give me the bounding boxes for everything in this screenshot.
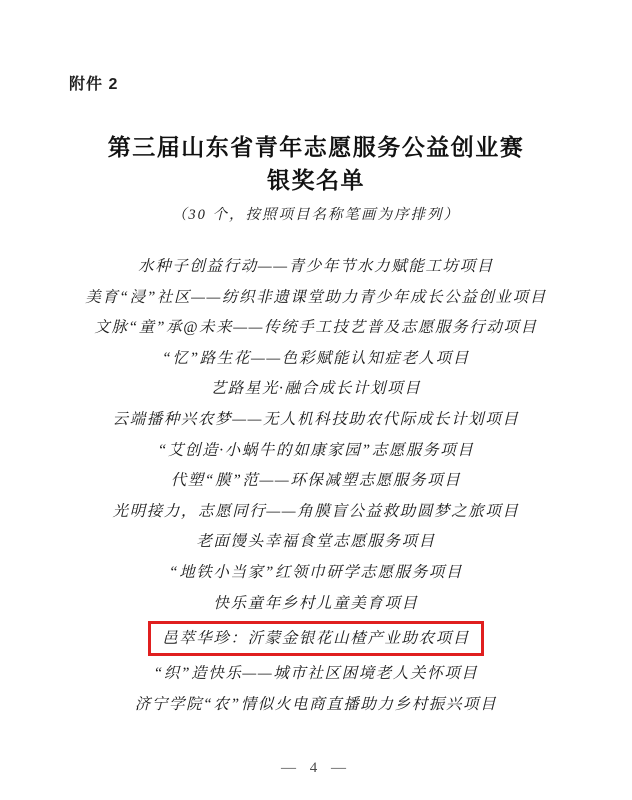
list-item: 文脉“童”承@未来——传统手工技艺普及志愿服务行动项目 <box>94 313 537 344</box>
list-item: 济宁学院“农”情似火电商直播助力乡村振兴项目 <box>135 690 497 721</box>
list-item: “忆”路生花——色彩赋能认知症老人项目 <box>162 344 470 375</box>
footer-page-number: — 4 — <box>0 760 632 777</box>
list-item: 代塑“膜”范——环保减塑志愿服务项目 <box>171 466 462 497</box>
document-page: 附件 2 第三届山东省青年志愿服务公益创业赛 银奖名单 （30 个，按照项目名称… <box>0 0 632 800</box>
list-item-text: 文脉“童”承@未来——传统手工技艺普及志愿服务行动项目 <box>94 319 537 336</box>
list-item-text: 邑萃华珍：沂蒙金银花山楂产业助农项目 <box>162 630 470 647</box>
list-item-text: 老面馒头幸福食堂志愿服务项目 <box>196 533 435 550</box>
list-item: 光明接力，志愿同行——角膜盲公益救助圆梦之旅项目 <box>113 497 520 528</box>
list-item-text: “艾创造·小蜗牛的如康家园”志愿服务项目 <box>158 442 475 459</box>
list-item: “艾创造·小蜗牛的如康家园”志愿服务项目 <box>158 436 475 467</box>
list-item-text: “忆”路生花——色彩赋能认知症老人项目 <box>162 350 470 367</box>
award-list: 水种子创益行动——青少年节水力赋能工坊项目 美育“浸”社区——纺织非遗课堂助力青… <box>0 252 632 720</box>
document-subtitle: （30 个，按照项目名称笔画为序排列） <box>0 203 632 224</box>
list-item-text: 代塑“膜”范——环保减塑志愿服务项目 <box>171 472 462 489</box>
list-item-text: 美育“浸”社区——纺织非遗课堂助力青少年成长公益创业项目 <box>85 289 547 306</box>
list-item-text: “地铁小当家”红领巾研学志愿服务项目 <box>169 564 463 581</box>
list-item-highlighted: 邑萃华珍：沂蒙金银花山楂产业助农项目 <box>148 621 484 656</box>
document-title-line2: 银奖名单 <box>0 164 632 197</box>
list-item-text: 光明接力，志愿同行——角膜盲公益救助圆梦之旅项目 <box>113 503 520 520</box>
list-item-text: 云端播种兴农梦——无人机科技助农代际成长计划项目 <box>113 411 520 428</box>
list-item: 云端播种兴农梦——无人机科技助农代际成长计划项目 <box>113 405 520 436</box>
document-title-line1: 第三届山东省青年志愿服务公益创业赛 <box>0 131 632 164</box>
list-item: 艺路星光·融合成长计划项目 <box>211 374 422 405</box>
list-item: 美育“浸”社区——纺织非遗课堂助力青少年成长公益创业项目 <box>85 283 547 314</box>
list-item-text: 水种子创益行动——青少年节水力赋能工坊项目 <box>138 258 494 275</box>
list-item-text: 艺路星光·融合成长计划项目 <box>211 380 422 397</box>
attachment-label: 附件 2 <box>69 71 118 94</box>
list-item: 快乐童年乡村儿童美育项目 <box>213 589 418 620</box>
list-item: 老面馒头幸福食堂志愿服务项目 <box>196 527 435 558</box>
list-item-text: 快乐童年乡村儿童美育项目 <box>213 595 418 612</box>
document-title: 第三届山东省青年志愿服务公益创业赛 银奖名单 <box>0 131 632 197</box>
list-item-text: 济宁学院“农”情似火电商直播助力乡村振兴项目 <box>135 696 497 713</box>
list-item: 水种子创益行动——青少年节水力赋能工坊项目 <box>138 252 494 283</box>
list-item: “织”造快乐——城市社区困境老人关怀项目 <box>154 659 479 690</box>
list-item-text: “织”造快乐——城市社区困境老人关怀项目 <box>154 665 479 682</box>
list-item: “地铁小当家”红领巾研学志愿服务项目 <box>169 558 463 589</box>
